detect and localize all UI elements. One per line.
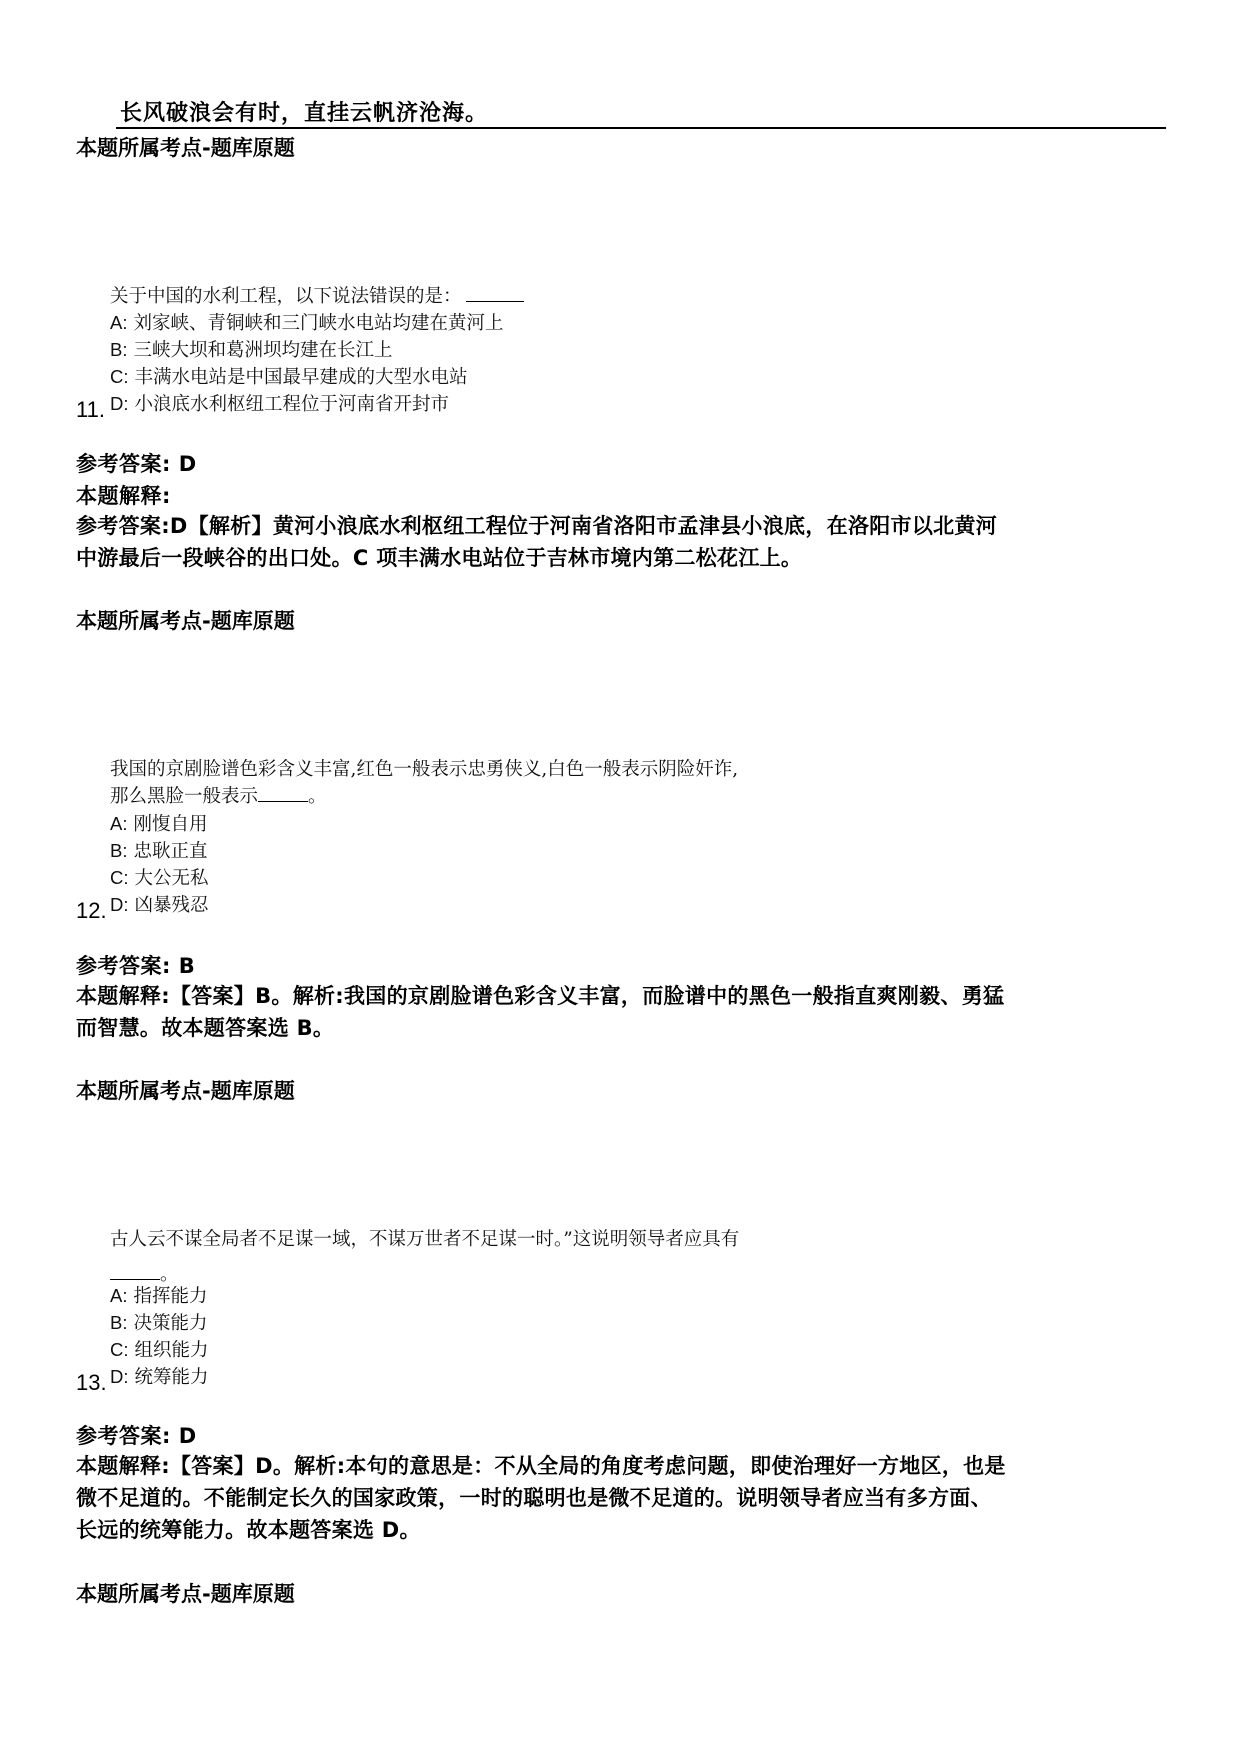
answer-line: 参考答案: D (76, 448, 197, 478)
header-motto: 长风破浪会有时，直挂云帆济沧海。 (120, 96, 488, 127)
source-label: 本题所属考点-题库原题 (76, 605, 295, 635)
option-d: D:统筹能力 (110, 1363, 209, 1391)
source-label: 本题所属考点-题库原题 (76, 1578, 295, 1608)
answer-line: 参考答案: B (76, 950, 195, 980)
option-d: D:凶暴残忍 (110, 891, 209, 919)
question-stem: 古人云不谋全局者不足谋一域，不谋万世者不足谋一时。”这说明领导者应具有 。 (110, 1226, 739, 1288)
source-label: 本题所属考点-题库原题 (76, 132, 295, 162)
answer-line: 参考答案: D (76, 1420, 197, 1450)
question-stem: 关于中国的水利工程，以下说法错误的是： (110, 283, 524, 310)
option-a: A:指挥能力 (110, 1282, 208, 1310)
question-stem: 我国的京剧脸谱色彩含义丰富,红色一般表示忠勇侠义,白色一般表示阴险奸诈, 那么黑… (110, 756, 738, 810)
answer-blank (110, 1265, 160, 1280)
question-number: 11. (76, 397, 105, 423)
option-a: A:刘家峡、青铜峡和三门峡水电站均建在黄河上 (110, 309, 504, 337)
option-a: A:刚愎自用 (110, 810, 208, 838)
explanation-label: 本题解释: (76, 480, 171, 510)
option-c: C:组织能力 (110, 1336, 209, 1364)
option-c: C:丰满水电站是中国最早建成的大型水电站 (110, 363, 468, 391)
option-b: B:三峡大坝和葛洲坝均建在长江上 (110, 336, 393, 364)
question-number: 13. (76, 1370, 107, 1396)
option-d: D:小浪底水利枢纽工程位于河南省开封市 (110, 390, 449, 418)
explanation-text: 本题解释:【答案】D。解析:本句的意思是：不从全局的角度考虑问题，即使治理好一方… (76, 1450, 1176, 1546)
option-c: C:大公无私 (110, 864, 209, 892)
header-divider (116, 127, 1166, 129)
option-b: B:决策能力 (110, 1309, 208, 1337)
source-label: 本题所属考点-题库原题 (76, 1075, 295, 1105)
explanation-text: 本题解释:【答案】B。解析:我国的京剧脸谱色彩含义丰富，而脸谱中的黑色一般指直爽… (76, 980, 1176, 1044)
answer-blank (466, 283, 524, 302)
option-b: B:忠耿正直 (110, 837, 208, 865)
question-number: 12. (76, 898, 107, 924)
answer-blank (258, 783, 308, 802)
explanation-text: 参考答案:D【解析】黄河小浪底水利枢纽工程位于河南省洛阳市孟津县小浪底，在洛阳市… (76, 510, 1176, 574)
